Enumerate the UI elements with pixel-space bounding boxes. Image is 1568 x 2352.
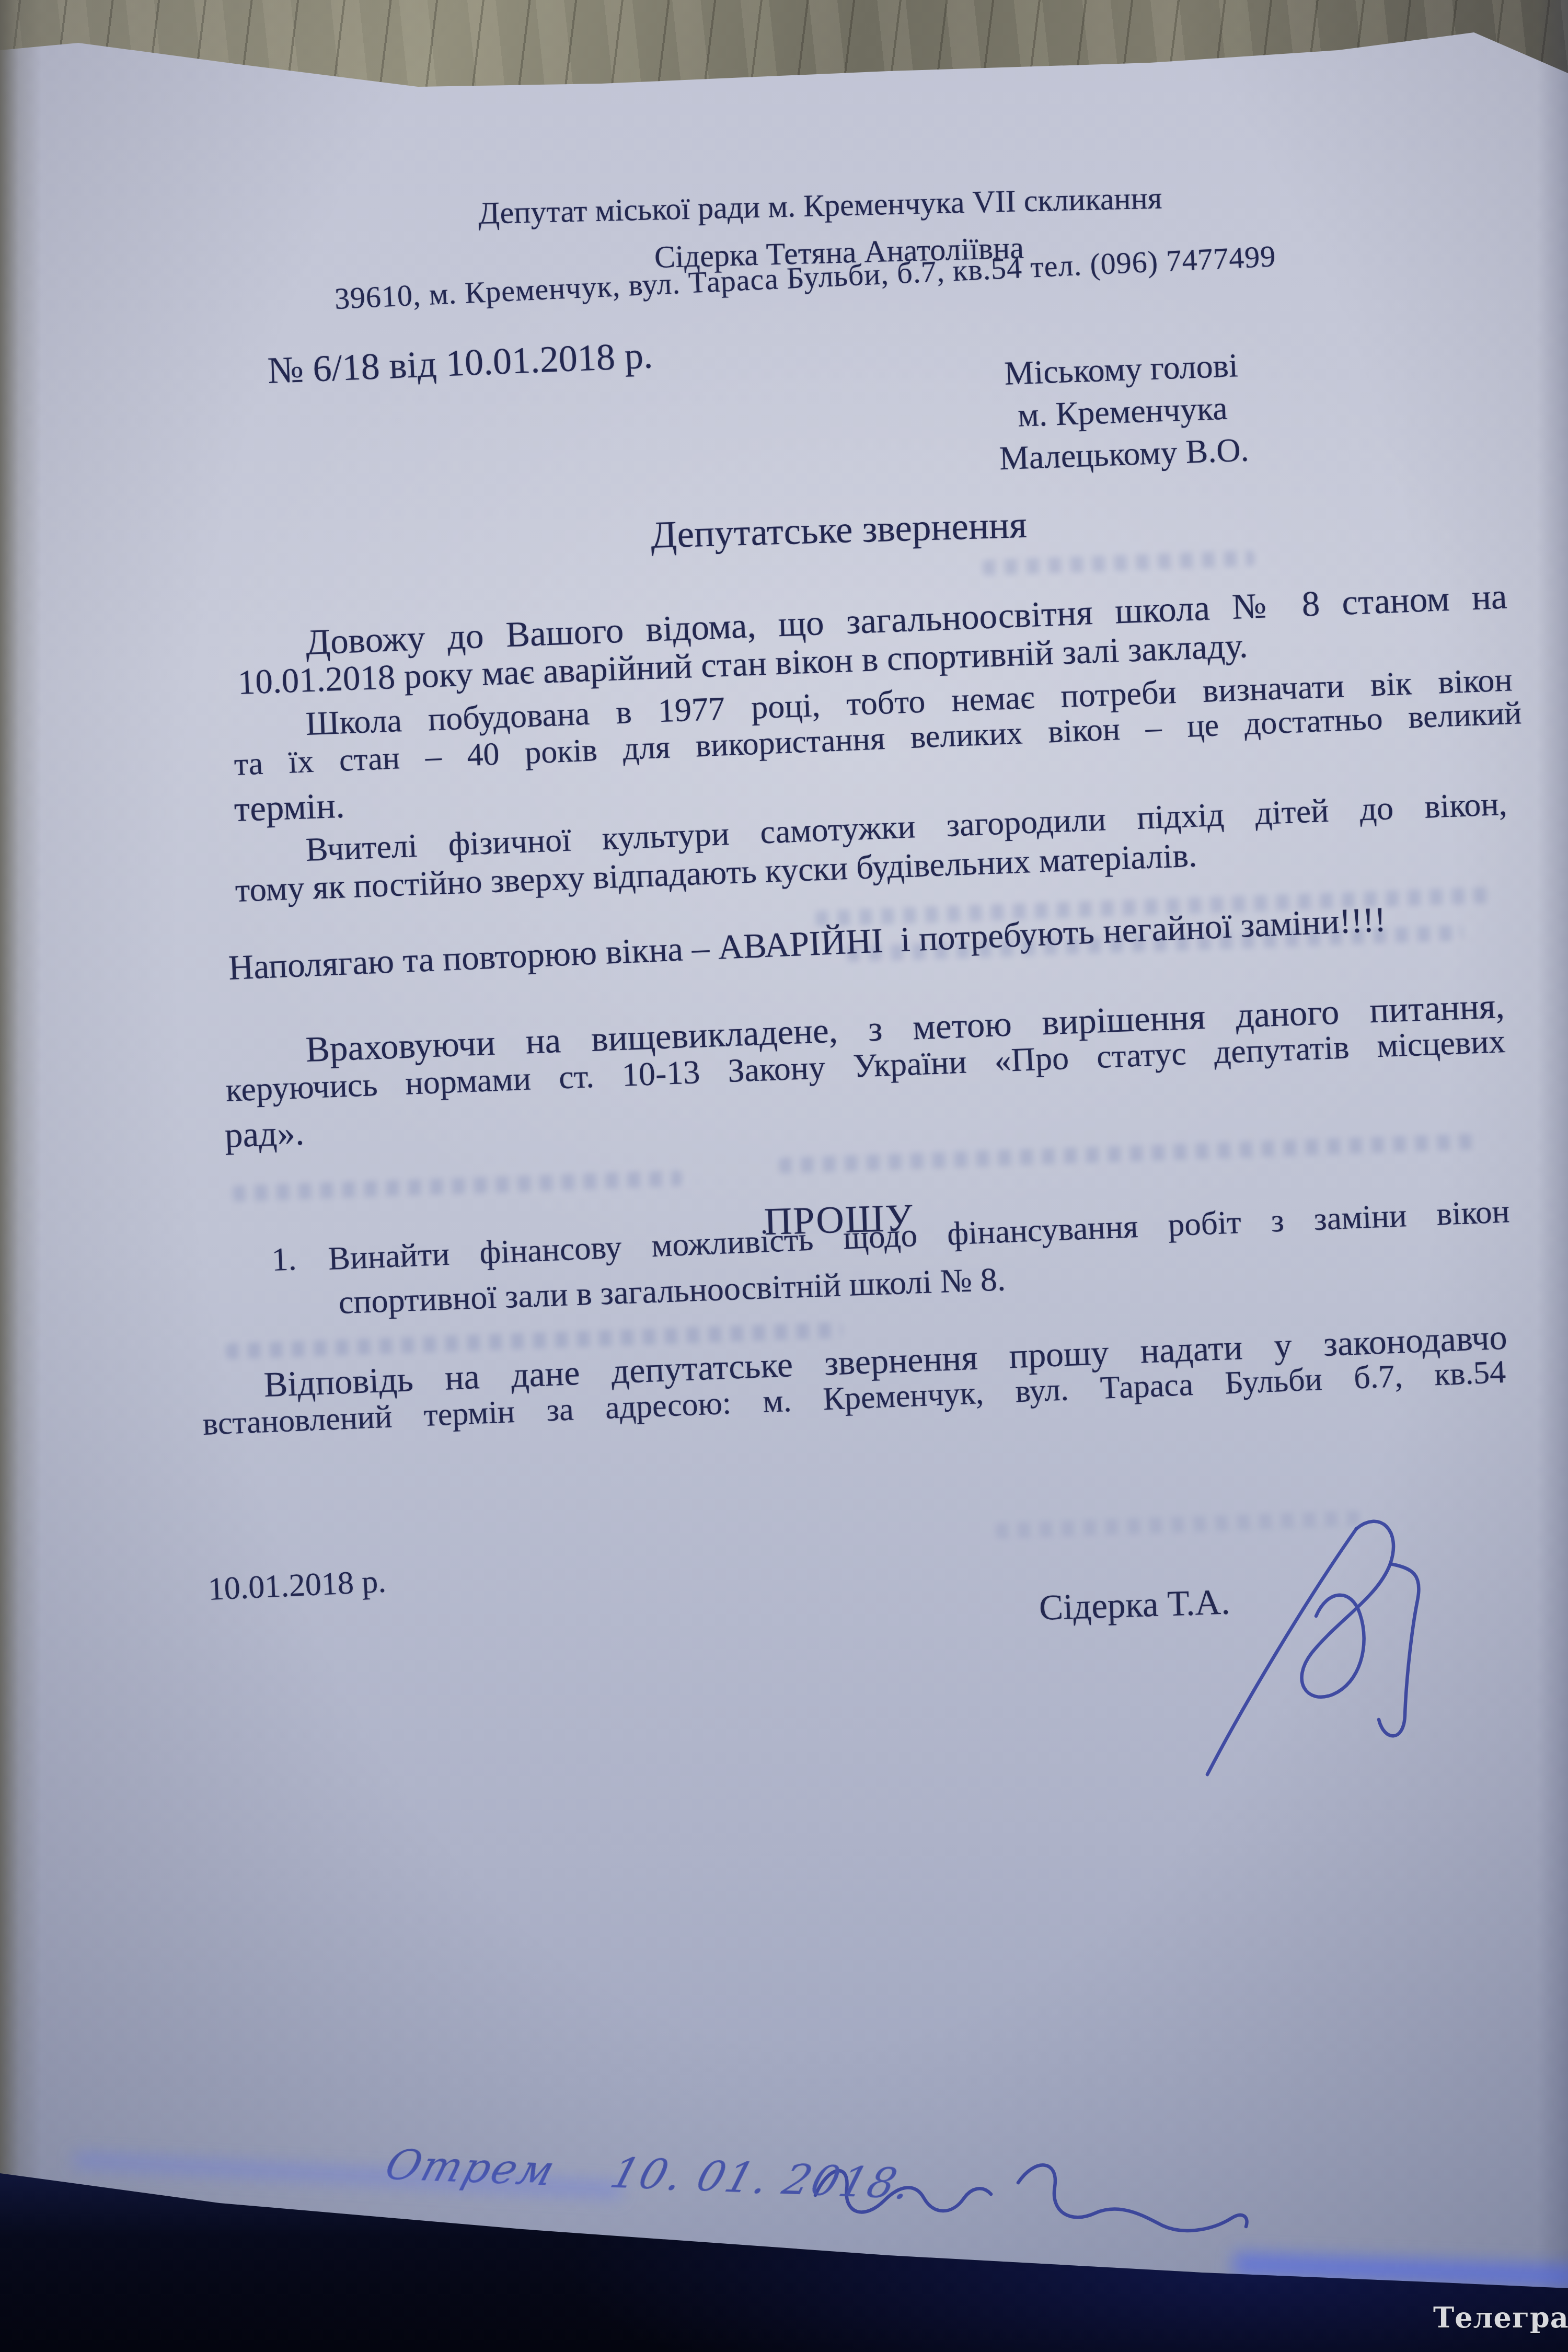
signature-stroke bbox=[1379, 1564, 1419, 1736]
photographed-document: Депутат міської ради м. Кременчука VII с… bbox=[0, 0, 1568, 2352]
handwritten-signature-stroke bbox=[1018, 2165, 1247, 2230]
signature-ink bbox=[0, 0, 1568, 2352]
signature-stroke bbox=[1302, 1521, 1393, 1697]
telegraf-watermark: ТелеграфЪ bbox=[1433, 2301, 1568, 2334]
watermark-main: Телеграф bbox=[1433, 2301, 1568, 2334]
signature-stroke bbox=[1207, 1529, 1356, 1774]
